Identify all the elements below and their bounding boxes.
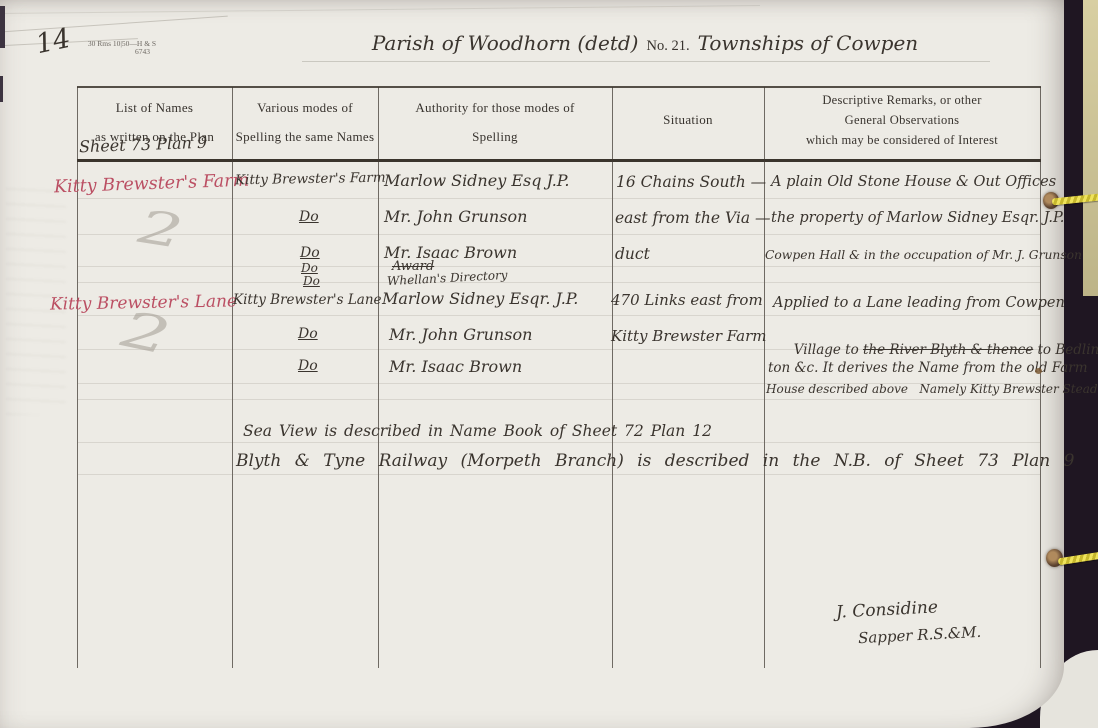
header-line: Spelling: [378, 129, 612, 145]
header-line: Authority for those modes of: [378, 100, 612, 116]
entry-remark: Applied to a Lane leading from Cowpen: [773, 296, 1065, 311]
entry-authority: Mr. John Grunson: [389, 327, 532, 343]
remark-text: Village to: [794, 342, 863, 358]
writing-rule: [77, 442, 1040, 443]
ditto-mark: Do: [301, 262, 318, 274]
ditto-mark: Do: [298, 327, 318, 341]
title-parish: Parish of Woodhorn (detd): [372, 31, 639, 55]
writing-rule: [77, 234, 1040, 235]
entry-spelling: Kitty Brewster's Lane: [233, 294, 382, 308]
writing-rule: [77, 198, 1040, 199]
header-line: Situation: [612, 112, 764, 128]
page-edge-nick: [0, 76, 3, 102]
header-line: General Observations: [764, 113, 1040, 128]
header-line: List of Names: [77, 100, 232, 116]
title-township: Townships of Cowpen: [698, 31, 919, 55]
entry-situation: Kitty Brewster Farm: [611, 329, 766, 344]
rust-spot: [1035, 368, 1042, 374]
header-line: which may be considered of Interest: [764, 133, 1040, 148]
header-line: Various modes of: [232, 100, 378, 116]
entry-remark: the property of Marlow Sidney Esqr. J.P.: [771, 211, 1064, 226]
imprint-line: 30 Rms 10|50—H & S: [76, 40, 168, 48]
header-line: Descriptive Remarks, or other: [764, 93, 1040, 108]
ditto-mark: Do: [299, 210, 319, 224]
column-header-authority: Authority for those modes of Spelling: [378, 100, 612, 158]
column-header-spelling-modes: Various modes of Spelling the same Names: [232, 100, 378, 158]
entry-remark: House described above Namely Kitty Brews…: [766, 383, 1098, 395]
writing-rule: [77, 474, 1040, 475]
title-number: No. 21.: [646, 38, 689, 54]
entry-authority: Marlow Sidney Esq J.P.: [384, 173, 569, 189]
pencil-check-mark: 2: [117, 304, 174, 363]
ledger-page: 14 30 Rms 10|50—H & S 6743 Parish of Woo…: [0, 0, 1064, 728]
entry-name: Kitty Brewster's Farm: [54, 173, 250, 197]
entry-authority: Mr. John Grunson: [384, 209, 527, 225]
entry-remark: A plain Old Stone House & Out Offices: [771, 175, 1056, 190]
entry-situation: 16 Chains South —: [616, 175, 766, 191]
cross-reference-note: Sea View is described in Name Book of Sh…: [243, 424, 712, 440]
ditto-mark: Do: [303, 275, 320, 287]
writing-rule: [77, 315, 1040, 316]
header-line: Spelling the same Names: [232, 129, 378, 145]
adjacent-page-edge: [1083, 0, 1098, 296]
sheet-plan-note: Sheet 73 Plan 9: [79, 135, 208, 155]
entry-situation: east from the Via —: [615, 211, 770, 227]
pencil-check-mark: 2: [135, 203, 186, 255]
imprint-line: 6743: [76, 48, 168, 56]
ditto-mark: Do: [298, 359, 318, 373]
surveyor-signature: J. Considine: [836, 599, 939, 621]
column-header-situation: Situation: [612, 112, 764, 141]
page-edge-nick: [0, 6, 5, 48]
entry-situation: duct: [615, 247, 650, 263]
scan-backdrop: 14 30 Rms 10|50—H & S 6743 Parish of Woo…: [0, 0, 1098, 728]
page-number: 14: [34, 25, 73, 59]
page-title: Parish of Woodhorn (detd) No. 21. Townsh…: [290, 33, 1000, 55]
entry-authority: Marlow Sidney Esqr. J.P.: [382, 291, 578, 307]
surveyor-rank: Sapper R.S.&M.: [858, 625, 982, 646]
cross-reference-note: Blyth & Tyne Railway (Morpeth Branch) is…: [236, 453, 1074, 470]
column-header-remarks: Descriptive Remarks, or other General Ob…: [764, 93, 1040, 161]
page-stack-line: [0, 5, 760, 14]
table-border-left: [77, 87, 78, 668]
printer-imprint: 30 Rms 10|50—H & S 6743: [76, 40, 168, 56]
writing-rule: [77, 399, 1040, 400]
writing-rule: [77, 266, 1040, 267]
title-underline: [302, 61, 990, 62]
entry-situation: 470 Links east from: [611, 293, 763, 308]
ditto-mark: Do: [300, 246, 320, 260]
table-column-line: [612, 87, 613, 668]
remark-text: to Bedling-: [1033, 342, 1098, 358]
remark-struck-text: the River Blyth & thence: [863, 342, 1033, 358]
table-top-rule: [77, 86, 1041, 88]
writing-rule: [77, 282, 1040, 283]
entry-remark: Cowpen Hall & in the occupation of Mr. J…: [765, 249, 1082, 261]
entry-spelling: Kitty Brewster's Farm: [235, 172, 386, 188]
entry-authority: Mr. Isaac Brown: [389, 359, 522, 375]
